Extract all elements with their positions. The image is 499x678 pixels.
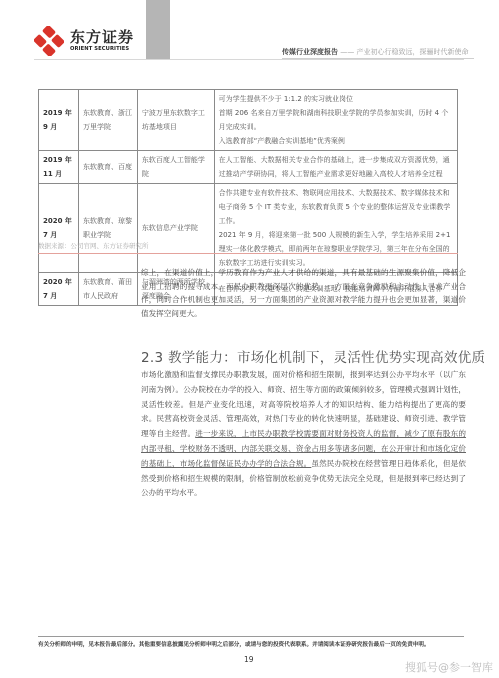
paragraph-text: 市场化激励和监督支撑民办职教发展，面对价格和招生限制，报到率达到公办平均水平（以… bbox=[141, 370, 466, 438]
table-row: 2020 年 7 月 东软教育、琼黎职业学院 东软信息产业学院 合作共建专业有软… bbox=[39, 184, 458, 273]
cell-date: 2019 年 9 月 bbox=[39, 90, 79, 151]
header-gray-bar bbox=[146, 0, 170, 60]
cell-project: 东软信息产业学院 bbox=[137, 184, 214, 273]
cell-date: 2020 年 7 月 bbox=[39, 184, 79, 273]
cell-parties: 东软教育、百度 bbox=[78, 151, 137, 184]
title-dash: —— bbox=[338, 48, 356, 56]
section-heading: 2.3 教学能力：市场化机制下，灵活性优势实现高效优质 bbox=[141, 346, 485, 366]
logo-chinese-name: 东方证券 bbox=[70, 29, 134, 46]
cell-parties: 东软教育、琼黎职业学院 bbox=[78, 184, 137, 273]
report-subtitle: 产业初心行稳致远，探骊时代新使命 bbox=[356, 48, 468, 56]
report-title: 传媒行业深度报告 —— 产业初心行稳致远，探骊时代新使命 bbox=[282, 47, 468, 57]
cell-parties: 东软教育、莆田市人民政府 bbox=[78, 273, 137, 306]
title-underline bbox=[282, 58, 474, 59]
summary-paragraph: 综上，在渠道价值上，学历教育作为产业人才供给的渠道，具有最基础的生源聚集价值，降… bbox=[141, 266, 466, 320]
watermark: 搜狐号@参一智库 bbox=[405, 659, 493, 675]
cell-details: 在人工智能、大数据相关专业合作的基础上，进一步集成双方资源优势，通过推动产学研协… bbox=[214, 151, 457, 184]
cell-date: 2020 年 7 月 bbox=[39, 273, 79, 306]
footer-divider bbox=[38, 636, 464, 637]
page-number: 19 bbox=[244, 655, 254, 664]
data-source-note: 数据来源：公司官网、东方证券研究所 bbox=[38, 241, 149, 250]
section-divider bbox=[38, 253, 458, 254]
logo-mark-icon bbox=[34, 26, 64, 56]
cell-date: 2019 年 11 月 bbox=[39, 151, 79, 184]
table-row: 2019 年 11 月 东软教育、百度 东软百度人工智能学院 在人工智能、大数据… bbox=[39, 151, 458, 184]
report-type: 传媒行业深度报告 bbox=[282, 48, 338, 56]
footer-disclaimer: 有关分析师的申明，见本报告最后部分。其他重要信息披露见分析师申明之后部分，或请与… bbox=[38, 640, 430, 648]
table-row: 2019 年 9 月 东软教育、浙江万里学院 宁波万里东软数字工坊基地项目 可为… bbox=[39, 90, 458, 151]
logo-english-name: ORIENT SECURITIES bbox=[70, 46, 134, 53]
header-divider bbox=[34, 59, 464, 60]
cell-details: 合作共建专业有软件技术、物联网应用技术、大数据技术、数字媒体技术和电子商务 5 … bbox=[214, 184, 457, 273]
cell-project: 宁波万里东软数字工坊基地项目 bbox=[137, 90, 214, 151]
body-paragraph: 市场化激励和监督支撑民办职教发展，面对价格和招生限制，报到率达到公办平均水平（以… bbox=[141, 368, 466, 501]
cell-details: 可为学生提供不少于 1:1.2 的实习就业岗位 首期 206 名来自万里学院和湖… bbox=[214, 90, 457, 151]
orient-securities-logo: 东方证券 ORIENT SECURITIES bbox=[34, 24, 144, 58]
cell-parties: 东软教育、浙江万里学院 bbox=[78, 90, 137, 151]
page-header: 东方证券 ORIENT SECURITIES 传媒行业深度报告 —— 产业初心行… bbox=[0, 0, 499, 62]
cell-project: 东软百度人工智能学院 bbox=[137, 151, 214, 184]
